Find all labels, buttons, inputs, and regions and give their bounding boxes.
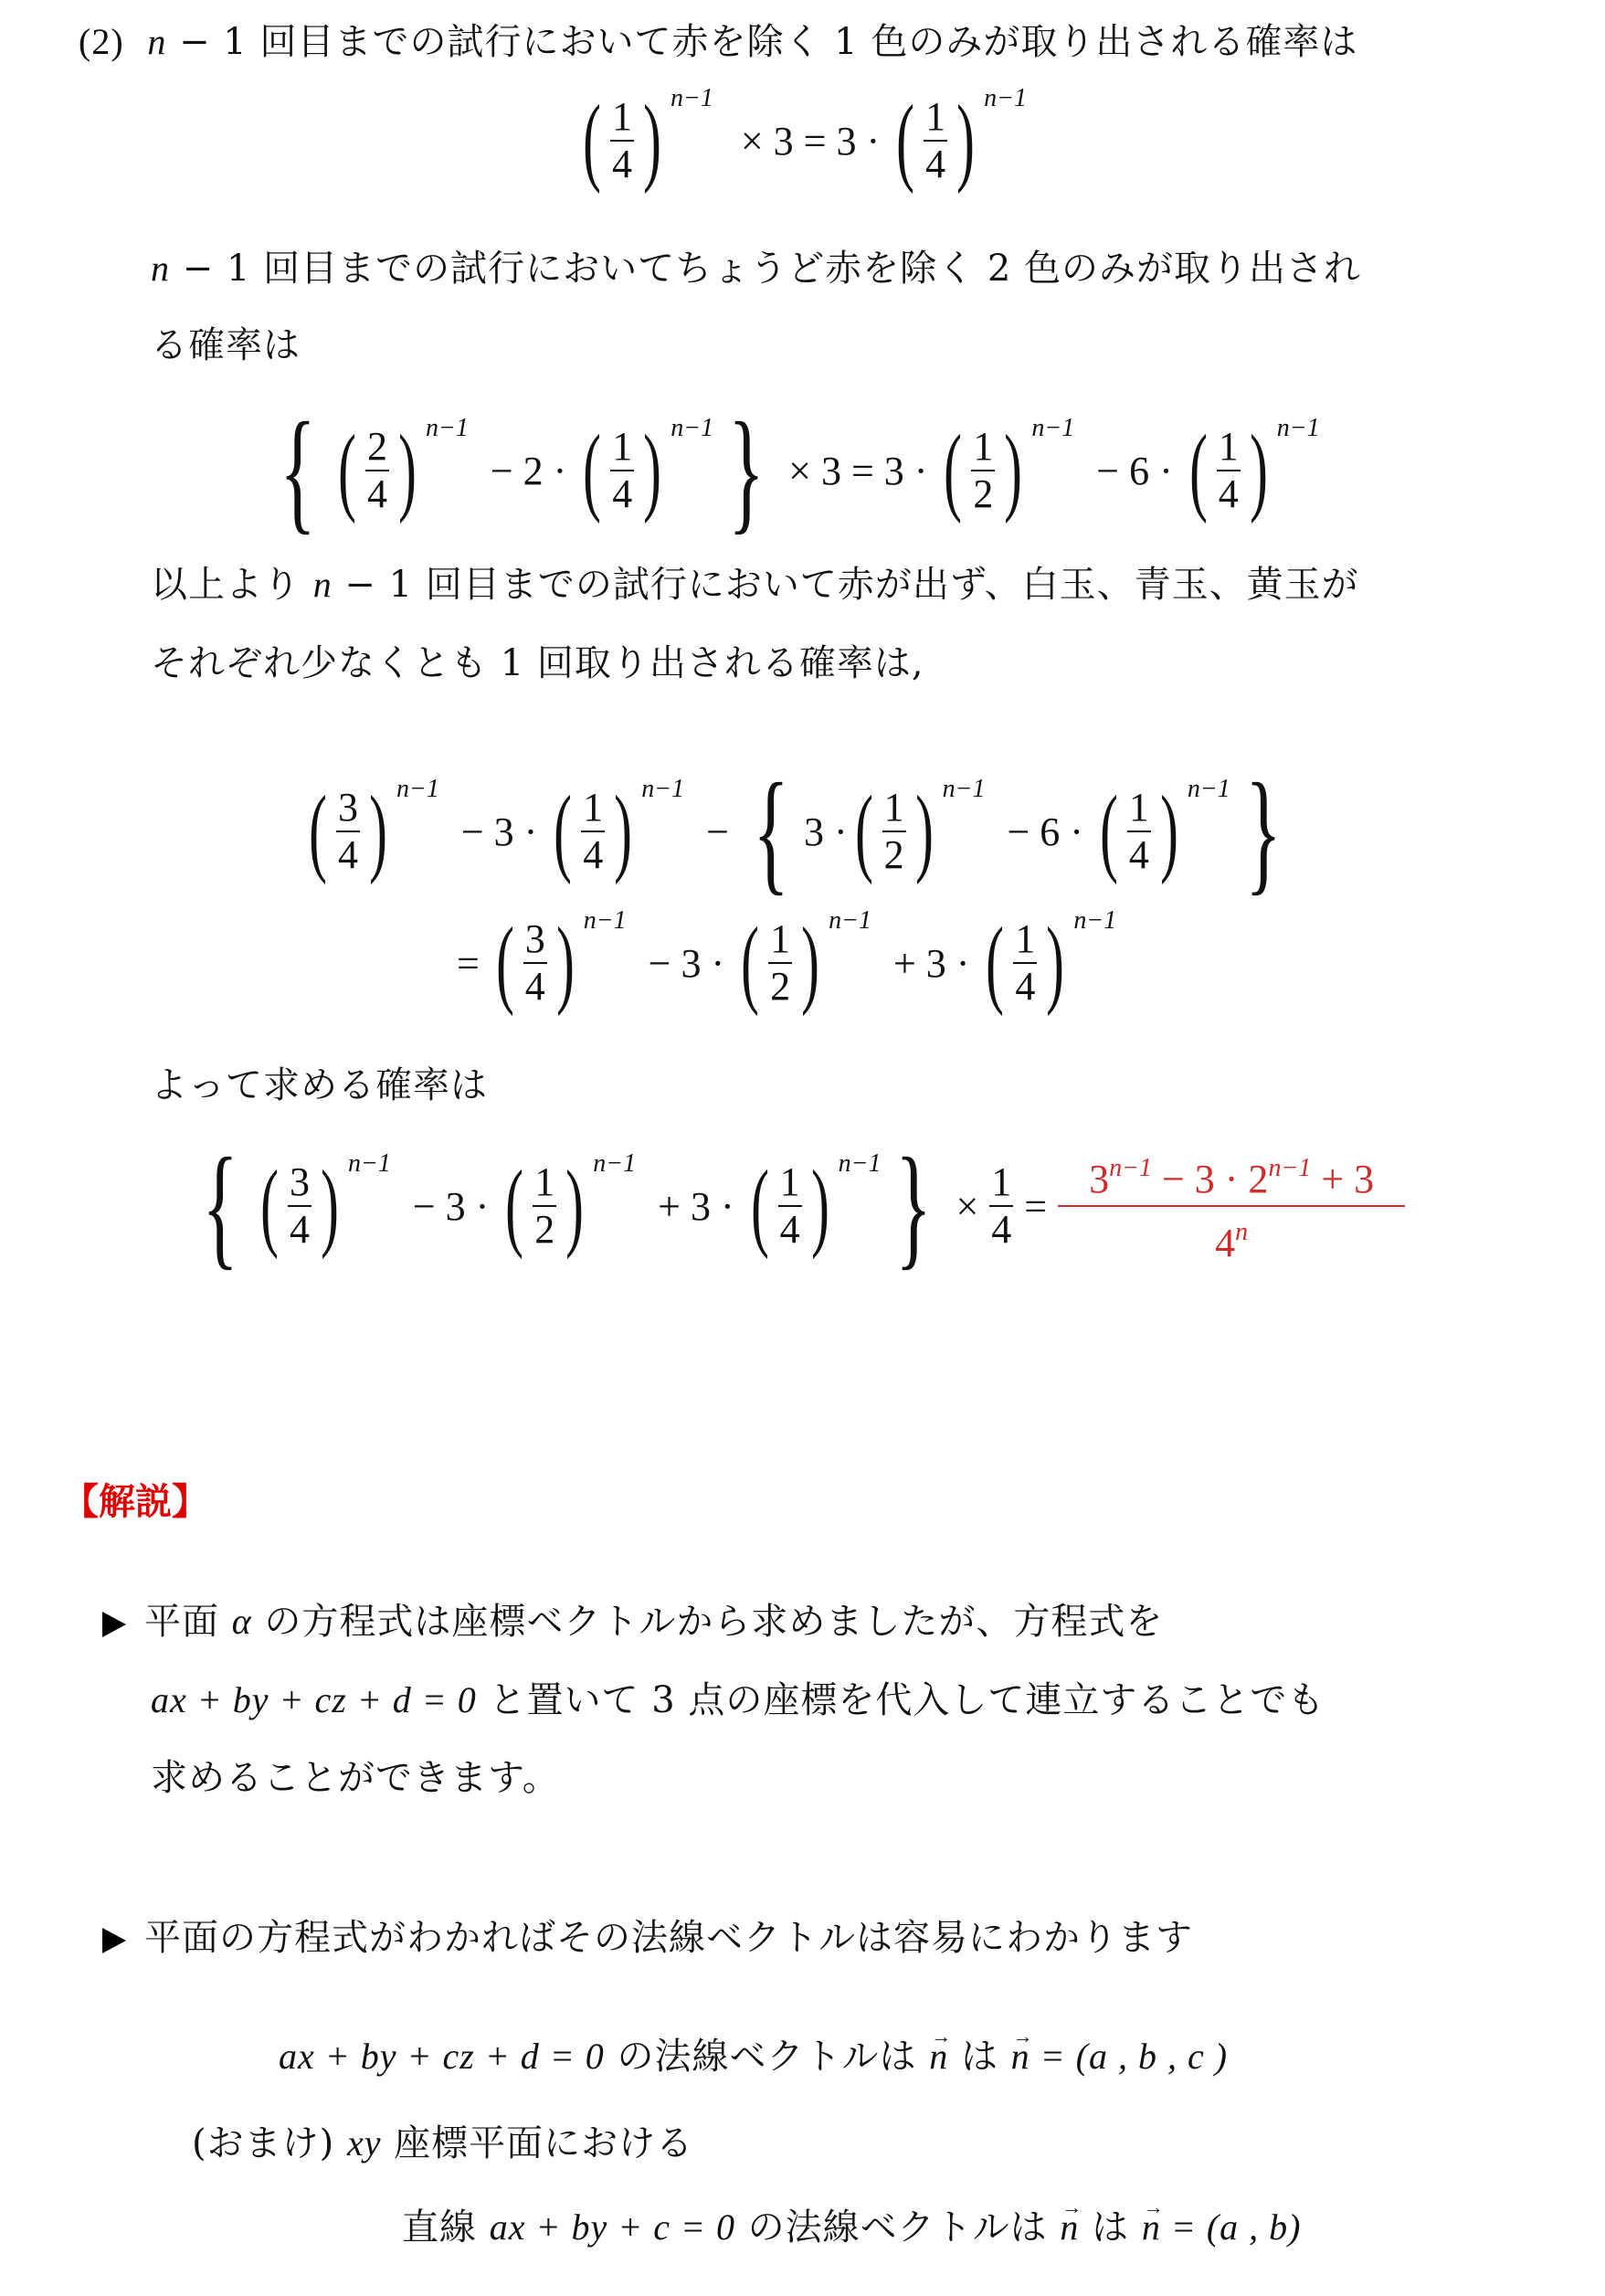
paren-glyph: ) <box>556 914 575 1012</box>
fraction: 34 <box>523 916 547 1010</box>
denominator: 4 <box>612 142 632 187</box>
power-term: (12)n−1 <box>848 782 986 881</box>
fraction: 14 <box>1127 785 1151 878</box>
operator: − 3 · <box>649 940 724 987</box>
fraction: 24 <box>365 424 389 517</box>
exponent: n−1 <box>348 1149 391 1179</box>
equation-final-answer: { (34)n−1 − 3 · (12)n−1 + 3 · (14)n−1 } … <box>187 1137 1407 1275</box>
math-fragment: − 1 回目までの試行において赤が出ず、白玉、青玉、黄玉が <box>333 564 1359 606</box>
power-term: (14)n−1 <box>744 1157 882 1255</box>
part2-two-color-line: n − 1 回目までの試行においてちょうど赤を除く 2 色のみが取り出され <box>151 243 1361 294</box>
fraction: 34 <box>336 785 360 878</box>
math-fragment: 直線 <box>402 2206 490 2248</box>
line-text: − 1 回目までの試行において赤を除く 1 色のみが取り出される確率は <box>166 21 1357 63</box>
power-term: (34)n−1 <box>301 782 439 881</box>
operator: − <box>706 809 729 855</box>
power-term: (12)n−1 <box>498 1157 636 1255</box>
paren-glyph: ( <box>338 421 356 520</box>
equation-two-colors: { (24)n−1 − 2 · (14)n−1 } × 3 = 3 · (12)… <box>265 402 1320 539</box>
paren-glyph: ( <box>505 1157 523 1255</box>
operator: − 6 · <box>1007 809 1082 855</box>
exponent: n <box>1235 1218 1248 1246</box>
exponent: n−1 <box>1031 414 1074 443</box>
exponent: n−1 <box>593 1149 636 1179</box>
paren-glyph: ( <box>945 421 963 520</box>
operator: + 3 · <box>893 940 969 987</box>
denominator: 2 <box>884 832 904 878</box>
math-fragment: ax + by + cz + d = 0 <box>279 2036 605 2077</box>
math-fragment: は <box>948 2036 1010 2078</box>
paren-glyph: ( <box>583 91 601 190</box>
operator: + 3 · <box>658 1183 734 1230</box>
denominator: 2 <box>770 964 790 1010</box>
exponent: n−1 <box>396 775 439 804</box>
fraction: 14 <box>1013 916 1037 1010</box>
part2-intro-line: (2) n − 1 回目までの試行において赤を除く 1 色のみが取り出される確率… <box>79 16 1357 68</box>
denominator: 4 <box>367 471 387 517</box>
operator: − 3 · <box>413 1183 489 1230</box>
numerator: 3 <box>338 785 358 831</box>
numerator: 1 <box>1015 916 1035 962</box>
paren-glyph: ( <box>741 914 759 1012</box>
numerator: 1 <box>991 1159 1011 1205</box>
paren-glyph: ) <box>643 421 661 520</box>
brace-glyph: { <box>753 763 789 900</box>
numerator: 1 <box>780 1159 800 1205</box>
exponent: n−1 <box>1277 414 1320 443</box>
paren-glyph: ) <box>398 421 417 520</box>
math-fragment: 3 · <box>804 809 848 855</box>
math-fragment: − 3 · 2 <box>1152 1157 1268 1201</box>
math-fragment: 求めることができます。 <box>151 1757 560 1799</box>
numerator: 1 <box>884 785 904 831</box>
triangle-bullet-icon <box>102 1928 126 1953</box>
paren-glyph: ( <box>309 782 327 881</box>
numerator: 1 <box>925 94 945 140</box>
var-n: n <box>147 21 166 62</box>
fraction: 14 <box>989 1159 1013 1253</box>
bullet-1-cont2: 求めることができます。 <box>151 1752 560 1804</box>
numerator: 3 <box>290 1159 310 1205</box>
denominator: 4 <box>925 142 945 187</box>
math-fragment: の法線ベクトルは <box>605 2036 929 2078</box>
numerator: 1 <box>612 94 632 140</box>
part2-summary-line-cont: それぞれ少なくとも 1 回取り出される確率は, <box>151 638 924 689</box>
denominator: 4 <box>612 471 632 517</box>
exponent: n−1 <box>671 414 713 443</box>
fraction: 34 <box>288 1159 311 1253</box>
bonus-note: (おまけ) xy 座標平面における <box>192 2118 693 2169</box>
exponent: n−1 <box>943 775 986 804</box>
math-fragment: = (a , b , c ) <box>1030 2036 1228 2077</box>
math-fragment: ax + by + c = 0 <box>490 2206 735 2248</box>
paren-glyph: ( <box>496 914 514 1012</box>
paren-glyph: ) <box>643 91 661 190</box>
fraction: 12 <box>882 785 906 878</box>
paren-glyph: ) <box>801 914 819 1012</box>
math-fragment: xy <box>347 2122 382 2164</box>
math-fragment: それぞれ少なくとも 1 回取り出される確率は, <box>151 642 924 684</box>
operator: × <box>956 1183 978 1230</box>
fraction: 14 <box>924 94 947 187</box>
denominator: 4 <box>991 1207 1011 1253</box>
paren-glyph: ( <box>855 782 873 881</box>
power-term: (24)n−1 <box>331 421 469 520</box>
paren-glyph: ( <box>1100 782 1118 881</box>
denominator: 2 <box>973 471 993 517</box>
final-answer: 3n−1 − 3 · 2n−1 + 3 4n <box>1058 1143 1405 1269</box>
fraction: 14 <box>1217 424 1241 517</box>
operator: − 6 · <box>1096 448 1172 494</box>
power-term: (14)n−1 <box>546 782 684 881</box>
bullet-2: 平面の方程式がわかればその法線ベクトルは容易にわかります <box>102 1912 1193 1963</box>
plane-normal-formula: ax + by + cz + d = 0 の法線ベクトルは n は n = (a… <box>279 2031 1228 2082</box>
brace-glyph: { <box>280 402 316 539</box>
paren-glyph: ( <box>751 1157 769 1255</box>
operator: × 3 = 3 · <box>741 118 880 164</box>
fraction: 14 <box>778 1159 802 1253</box>
math-fragment: よって求める確率は <box>151 1064 488 1106</box>
math-fragment: α <box>232 1601 252 1642</box>
power-term: (34)n−1 <box>489 914 627 1012</box>
math-fragment: + 3 <box>1311 1157 1374 1201</box>
paren-glyph: ( <box>554 782 572 881</box>
denominator: 4 <box>1015 964 1035 1010</box>
math-fragment: n <box>313 564 333 605</box>
exponent: n−1 <box>1109 1154 1152 1182</box>
paren-glyph: ) <box>915 782 934 881</box>
math-fragment: n <box>1011 2031 1030 2082</box>
operator: − 3 · <box>461 809 537 855</box>
denominator: 4 <box>290 1207 310 1253</box>
paren-glyph: ) <box>811 1157 829 1255</box>
paren-glyph: ( <box>260 1157 279 1255</box>
paren-glyph: ) <box>614 782 632 881</box>
part2-final-line: よって求める確率は <box>151 1060 488 1111</box>
paren-glyph: ) <box>321 1157 339 1255</box>
operator: = <box>457 940 480 987</box>
power-term: ( 14 ) n−1 <box>575 91 713 190</box>
paren-glyph: ) <box>1250 421 1268 520</box>
paren-glyph: ) <box>369 782 387 881</box>
paren-glyph: ( <box>583 421 601 520</box>
power-term: (14)n−1 <box>1182 421 1320 520</box>
paren-glyph: ) <box>1004 421 1022 520</box>
math-fragment: の法線ベクトルは <box>735 2206 1060 2248</box>
math-fragment: ax + by + cz + d = 0 <box>151 1679 477 1720</box>
fraction: 14 <box>610 424 634 517</box>
equation-one-color: ( 14 ) n−1 × 3 = 3 · ( 14 ) n−1 <box>575 91 1027 190</box>
paren-glyph: ) <box>565 1157 584 1255</box>
bullet-1: 平面 α の方程式は座標ベクトルから求めましたが、方程式を <box>102 1596 1163 1647</box>
exponent: n−1 <box>671 84 713 113</box>
math-fragment: n <box>929 2031 948 2082</box>
brace-glyph: } <box>896 1137 933 1275</box>
fraction: 14 <box>581 785 605 878</box>
numerator: 2 <box>367 424 387 470</box>
power-term: (34)n−1 <box>253 1157 391 1255</box>
paren-glyph: ) <box>1047 914 1065 1012</box>
commentary-heading: 【解説】 <box>62 1473 208 1525</box>
numerator: 1 <box>770 916 790 962</box>
operator: − 2 · <box>491 448 566 494</box>
math-fragment: 3 <box>1089 1157 1109 1201</box>
denominator: 2 <box>534 1207 554 1253</box>
part2-summary-line: 以上より n − 1 回目までの試行において赤が出ず、白玉、青玉、黄玉が <box>151 559 1359 610</box>
exponent: n−1 <box>584 906 627 936</box>
exponent: n−1 <box>1073 906 1116 936</box>
denominator: 4 <box>780 1207 800 1253</box>
fraction: 12 <box>533 1159 556 1253</box>
math-fragment: n <box>151 248 170 289</box>
exponent: n−1 <box>829 906 871 936</box>
fraction: 12 <box>971 424 995 517</box>
math-fragment: の方程式は座標ベクトルから求めましたが、方程式を <box>252 1601 1164 1643</box>
denominator: 4 <box>338 832 358 878</box>
numerator: 3 <box>525 916 545 962</box>
denominator: 4 <box>583 832 603 878</box>
math-fragment: る確率は <box>151 324 301 366</box>
fraction: 12 <box>768 916 792 1010</box>
math-fragment: (おまけ) <box>192 2122 347 2164</box>
exponent: n−1 <box>426 414 469 443</box>
paren-glyph: ) <box>956 91 975 190</box>
math-fragment: 座標平面における <box>381 2122 693 2164</box>
math-fragment: と置いて 3 点の座標を代入して連立することでも <box>477 1679 1325 1721</box>
math-fragment: 平面の方程式がわかればその法線ベクトルは容易にわかります <box>144 1917 1193 1959</box>
bullet-1-cont: ax + by + cz + d = 0 と置いて 3 点の座標を代入して連立す… <box>151 1675 1325 1726</box>
math-fragment: 以上より <box>151 564 313 606</box>
exponent: n−1 <box>839 1149 882 1179</box>
power-term: (14)n−1 <box>575 421 713 520</box>
denominator: 4 <box>1129 832 1149 878</box>
operator: × 3 = 3 · <box>788 448 927 494</box>
part-label: (2) <box>79 21 124 62</box>
numerator: 3n−1 − 3 · 2n−1 + 3 <box>1089 1143 1374 1205</box>
line-normal-formula: 直線 ax + by + c = 0 の法線ベクトルは n は n = (a ,… <box>402 2202 1301 2253</box>
paren-glyph: ( <box>896 91 914 190</box>
numerator: 1 <box>1219 424 1239 470</box>
exponent: n−1 <box>641 775 684 804</box>
triangle-bullet-icon <box>102 1612 126 1637</box>
brace-glyph: } <box>728 402 765 539</box>
power-term: (14)n−1 <box>978 914 1116 1012</box>
paren-glyph: ( <box>987 914 1005 1012</box>
power-term: ( 14 ) n−1 <box>889 91 1027 190</box>
exponent: n−1 <box>1268 1154 1311 1182</box>
equation-simplified: = (34)n−1 − 3 · (12)n−1 + 3 · (14)n−1 <box>448 914 1116 1012</box>
brace-glyph: { <box>202 1137 238 1275</box>
brace-glyph: } <box>1245 763 1282 900</box>
math-fragment: = (a , b) <box>1161 2206 1302 2248</box>
part2-two-color-line-cont: る確率は <box>151 320 301 371</box>
math-fragment: 4 <box>1215 1221 1235 1265</box>
fraction: 14 <box>610 94 634 187</box>
numerator: 1 <box>1129 785 1149 831</box>
exponent: n−1 <box>1188 775 1230 804</box>
numerator: 1 <box>534 1159 554 1205</box>
paren-glyph: ) <box>1160 782 1178 881</box>
operator: = <box>1024 1183 1047 1230</box>
denominator: 4 <box>525 964 545 1010</box>
math-fragment: n <box>1060 2202 1079 2253</box>
power-term: (12)n−1 <box>936 421 1074 520</box>
math-fragment: − 1 回目までの試行においてちょうど赤を除く 2 色のみが取り出され <box>170 248 1361 290</box>
math-fragment: は <box>1079 2206 1141 2248</box>
exponent: n−1 <box>984 84 1027 113</box>
paren-glyph: ( <box>1189 421 1208 520</box>
numerator: 1 <box>612 424 632 470</box>
denominator: 4n <box>1215 1207 1248 1269</box>
math-fragment: 平面 <box>144 1601 232 1643</box>
power-term: (14)n−1 <box>1093 782 1230 881</box>
numerator: 1 <box>583 785 603 831</box>
equation-all-three: (34)n−1 − 3 · (14)n−1 − { 3 · (12)n−1 − … <box>301 763 1296 900</box>
numerator: 1 <box>973 424 993 470</box>
math-fragment: n <box>1142 2202 1161 2253</box>
power-term: (12)n−1 <box>734 914 871 1012</box>
denominator: 4 <box>1219 471 1239 517</box>
